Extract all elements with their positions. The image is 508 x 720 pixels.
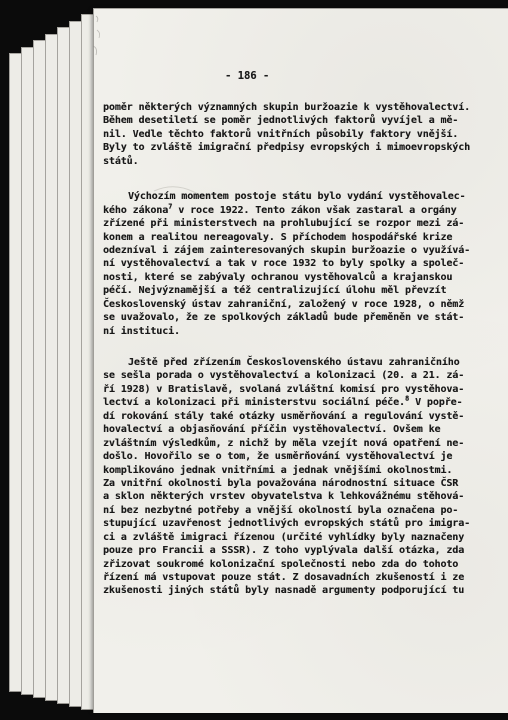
text-line: a sklon některých vrstev obyvatelstva k … [103, 490, 499, 503]
text-line: ní bez nezbytné potřeby a vnější okolnos… [103, 504, 499, 517]
text-line: se uvažovalo, že ze spolkových základů b… [103, 311, 499, 324]
paragraph: Ještě před zřízením Československého úst… [103, 356, 499, 598]
text-line: komplikováno jednak vnitřními a jednak v… [103, 464, 499, 477]
text-line: lectví a kolonizaci při ministerstvu soc… [103, 396, 499, 409]
paragraph: Výchozím momentem postoje státu bylo vyd… [103, 190, 499, 338]
text-line: kého zákona7 v roce 1922. Tento zákon vš… [103, 204, 499, 217]
text-line: nosti, které se zabývaly ochranou vystěh… [103, 271, 499, 284]
paragraph: poměr některých významných skupin buržoa… [103, 101, 499, 168]
text-line: zkušenosti jiných států byly nasnadě arg… [103, 584, 499, 597]
text-line: řízení má vstupovat pouze stát. Z dosava… [103, 571, 499, 584]
text-line: stupující uzavřenost jednotlivých evrops… [103, 517, 499, 530]
text-segment: V popře- [409, 397, 462, 408]
text-line: konem a realitou nereagovaly. S příchode… [103, 231, 499, 244]
text-line: hovalectví a objasňování příčin vystěhov… [103, 423, 499, 436]
text-line: Během desetiletí se poměr jednotlivých f… [103, 114, 499, 127]
text-line: poměr některých významných skupin buržoa… [103, 101, 499, 114]
text-line: péčí. Nejvýznamější a též centralizující… [103, 284, 499, 297]
page-number: - 186 - [225, 70, 269, 82]
document-page: - 186 - poměr některých významných skupi… [93, 8, 508, 713]
text-line: ci a zvláště imigraci řízenou (určité vy… [103, 531, 499, 544]
text-line: zřízené při ministerstvech na prohlubují… [103, 217, 499, 230]
text-segment: lectví a kolonizaci při ministerstvu soc… [103, 397, 405, 408]
text-line: ří 1928) v Bratislavě, svolaná zvláštní … [103, 383, 499, 396]
text-line: Československý ústav zahraniční, založen… [103, 298, 499, 311]
text-line: odezníval i zájem zainteresovaných skupi… [103, 244, 499, 257]
text-line: zřizovat soukromé kolonizační společnost… [103, 558, 499, 571]
text-line: nil. Vedle těchto faktorů vnitřních půso… [103, 128, 499, 141]
text-segment: kého zákona [103, 205, 168, 216]
text-line: Ještě před zřízením Československého úst… [103, 356, 499, 369]
text-line: Výchozím momentem postoje státu bylo vyd… [103, 190, 499, 203]
text-line: pouze pro Francii a SSSR). Z toho vyplýv… [103, 544, 499, 557]
text-line: Byly to zvláště imigrační předpisy evrop… [103, 141, 499, 154]
text-line: Za vnitřní okolnosti byla považována nár… [103, 477, 499, 490]
text-segment: v roce 1922. Tento zákon však zastaral a… [172, 205, 456, 216]
text-line: došlo. Hovořilo se o tom, že usměrňování… [103, 450, 499, 463]
text-line: se sešla porada o vystěhovalectví a kolo… [103, 369, 499, 382]
text-line: ní instituci. [103, 325, 499, 338]
text-line: států. [103, 155, 499, 168]
text-line: ní vystěhovalectví a tak v roce 1932 to … [103, 257, 499, 270]
body-text: poměr některých významných skupin buržoa… [103, 101, 499, 598]
scan-background: { "page": { "page_number": "- 186 -", "p… [0, 0, 508, 720]
text-line: zvláštním výsledkům, z nichž by měla vze… [103, 437, 499, 450]
text-line: dí rokování stály také otázky usměrňován… [103, 410, 499, 423]
